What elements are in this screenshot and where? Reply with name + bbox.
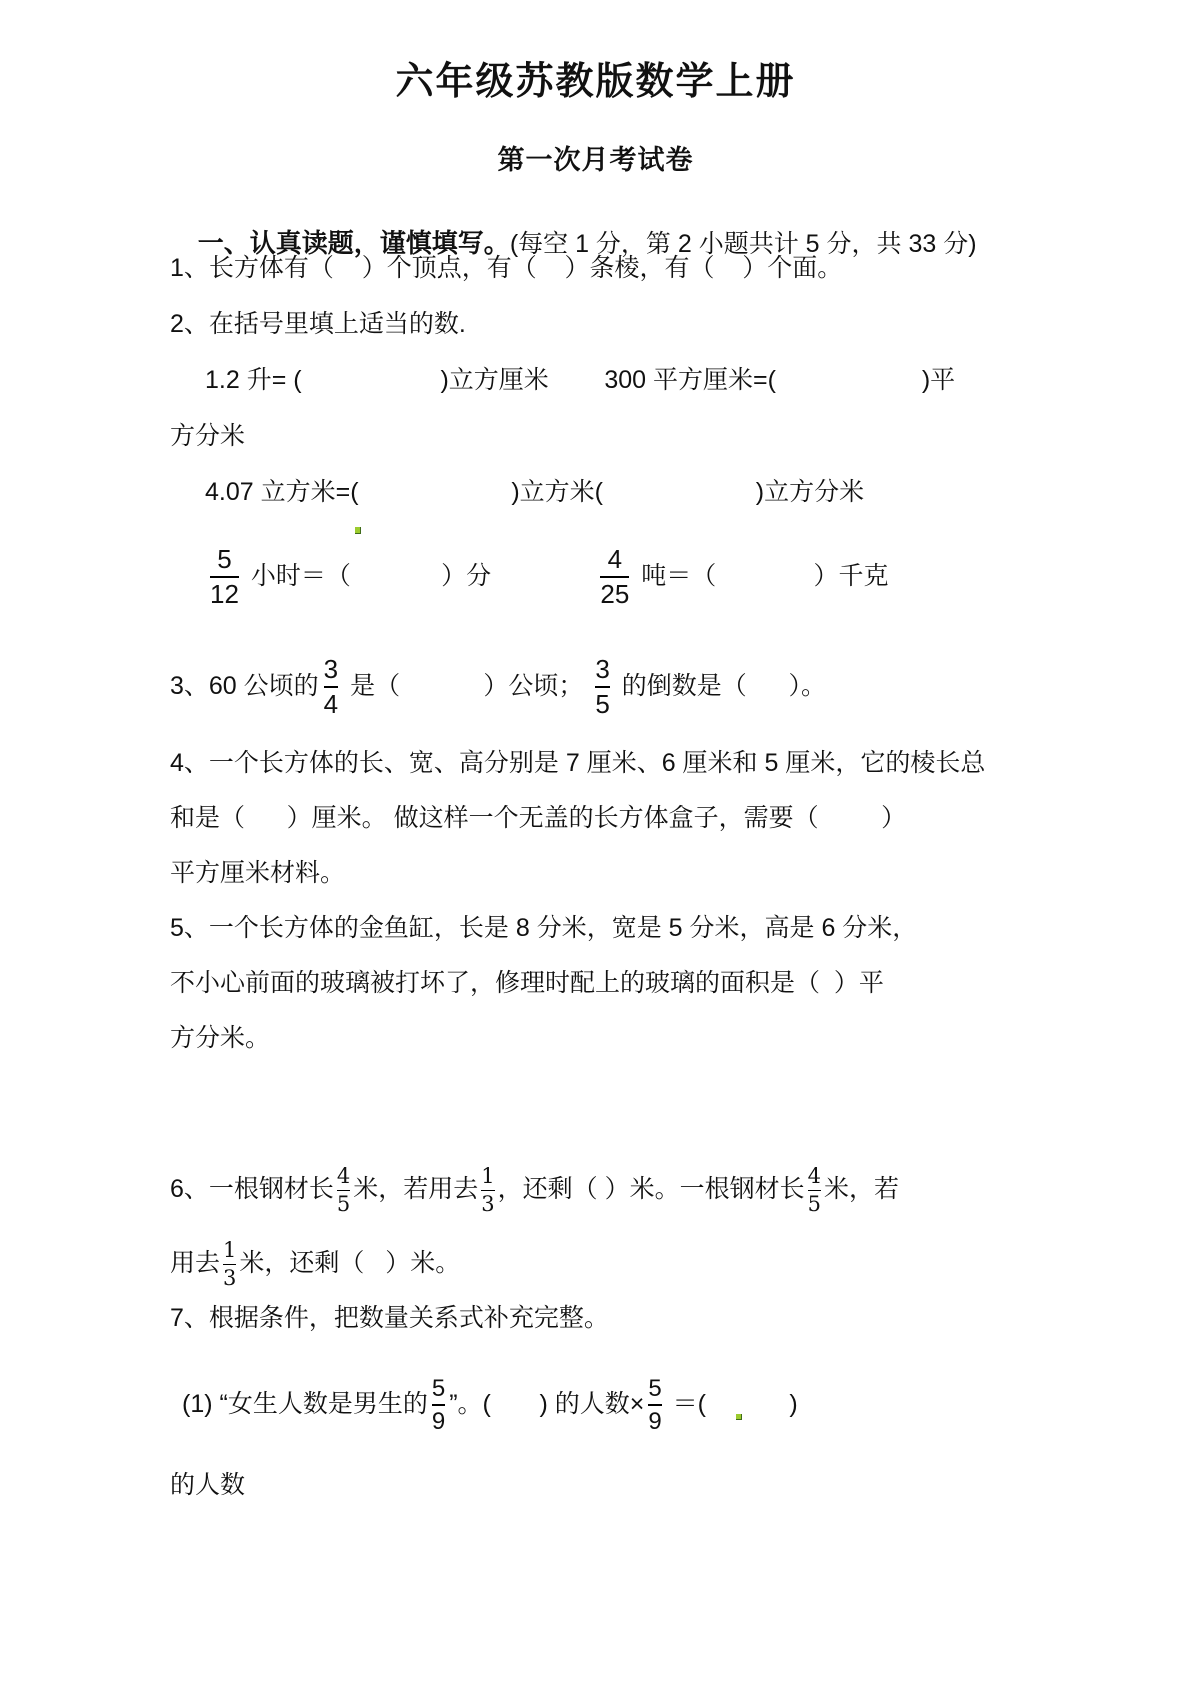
q7-text-2: ”。( ) 的人数× xyxy=(449,1389,644,1420)
fraction-numerator: 4 xyxy=(608,546,622,573)
exam-page: 六年级苏教版数学上册 第一次月考试卷 一、认真读题，谨慎填写。(每空 1 分，第… xyxy=(0,0,1191,1684)
fraction-denominator: 3 xyxy=(223,1267,236,1289)
question-7-part-1: (1) “女生人数是男生的 59 ”。( ) 的人数× 59 ＝( ) xyxy=(182,1360,798,1450)
fraction-bar xyxy=(648,1404,661,1406)
question-7-intro: 7、根据条件，把数量关系式补充完整。 xyxy=(170,1303,609,1334)
question-2-line-3: 4.07 立方米=( )立方米( )立方分米 xyxy=(205,477,864,508)
fraction-numerator: 5 xyxy=(217,546,231,573)
fraction-5-12: 512 xyxy=(210,546,239,609)
fraction-1-3: 13 xyxy=(223,1239,236,1288)
fraction-denominator: 5 xyxy=(595,691,609,718)
fraction-4-5: 45 xyxy=(337,1165,350,1214)
question-5-line-1: 5、一个长方体的金鱼缸，长是 8 分米，宽是 5 分米，高是 6 分米， xyxy=(170,913,917,944)
fraction-numerator: 5 xyxy=(432,1376,445,1401)
fraction-4-25: 425 xyxy=(600,546,629,609)
fraction-denominator: 5 xyxy=(337,1193,350,1215)
q7-text-1: (1) “女生人数是男生的 xyxy=(182,1389,428,1420)
q3-text-mid: 是（ ）公顷； xyxy=(343,671,590,702)
fraction-numerator: 1 xyxy=(223,1239,236,1261)
fraction-numerator: 3 xyxy=(595,656,609,683)
question-2-line-2: 方分米 xyxy=(170,421,245,452)
q6-text-6: 米，还剩（ ）米。 xyxy=(239,1248,460,1279)
fraction-denominator: 9 xyxy=(432,1409,445,1434)
fraction-bar xyxy=(324,686,338,688)
fraction-denominator: 5 xyxy=(808,1193,821,1215)
fraction-denominator: 3 xyxy=(481,1193,494,1215)
question-2-line-1: 1.2 升= ( )立方厘米 300 平方厘米=( )平 xyxy=(205,365,955,396)
fraction-4-5: 45 xyxy=(808,1165,821,1214)
fraction-5-9: 59 xyxy=(432,1376,445,1434)
spellcheck-artifact xyxy=(736,1414,742,1420)
fraction-denominator: 12 xyxy=(210,581,239,608)
fraction-numerator: 4 xyxy=(808,1165,821,1187)
fraction-denominator: 9 xyxy=(648,1409,661,1434)
fraction-3-5: 35 xyxy=(595,656,609,719)
fraction-bar xyxy=(432,1404,445,1406)
fraction-bar xyxy=(600,576,629,578)
q6-text-2: 米，若用去 xyxy=(353,1174,478,1205)
q6-text-5: 用去 xyxy=(170,1248,220,1279)
q6-text-1: 6、一根钢材长 xyxy=(170,1174,334,1205)
page-subtitle: 第一次月考试卷 xyxy=(0,138,1191,177)
question-6-line-1: 6、一根钢材长 45 米，若用去 13 ，还剩（ ）米。一根钢材长 45 米，若 xyxy=(170,1152,899,1228)
fraction-numerator: 3 xyxy=(324,656,338,683)
q7-text-3: ＝( ) xyxy=(666,1389,798,1420)
fraction-5-9: 59 xyxy=(648,1376,661,1434)
question-1: 1、长方体有（ ）个顶点，有（ ）条棱，有（ ）个面。 xyxy=(170,253,842,284)
fraction-bar xyxy=(595,686,609,688)
question-6-line-2: 用去 13 米，还剩（ ）米。 xyxy=(170,1226,460,1302)
q3-text-post: 的倒数是（ ）。 xyxy=(615,671,826,702)
fraction-1-3: 13 xyxy=(481,1165,494,1214)
question-7-tail: 的人数 xyxy=(170,1470,245,1501)
q6-text-4: 米，若 xyxy=(824,1174,899,1205)
fraction-denominator: 25 xyxy=(600,581,629,608)
fraction-bar xyxy=(210,576,239,578)
q2-hours-blank-text: 小时＝（ ）分 xyxy=(244,561,595,592)
page-title: 六年级苏教版数学上册 xyxy=(0,50,1191,105)
fraction-bar xyxy=(337,1190,350,1191)
fraction-bar xyxy=(481,1190,494,1191)
question-3: 3、60 公顷的 34 是（ ）公顷； 35 的倒数是（ ）。 xyxy=(170,643,826,731)
fraction-3-4: 34 xyxy=(324,656,338,719)
question-5-line-3: 方分米。 xyxy=(170,1023,270,1054)
spellcheck-artifact xyxy=(355,527,361,534)
q6-text-3: ，还剩（ ）米。一根钢材长 xyxy=(498,1174,805,1205)
question-4-line-2: 和是（ ）厘米。 做这样一个无盖的长方体盒子，需要（ ） xyxy=(170,803,906,834)
fraction-bar xyxy=(223,1264,236,1265)
question-4-line-1: 4、一个长方体的长、宽、高分别是 7 厘米、6 厘米和 5 厘米，它的棱长总 xyxy=(170,748,985,779)
question-2-line-4: 512 小时＝（ ）分 425 吨＝（ ）千克 xyxy=(205,533,888,621)
q3-text-pre: 3、60 公顷的 xyxy=(170,671,319,702)
fraction-numerator: 4 xyxy=(337,1165,350,1187)
fraction-numerator: 5 xyxy=(648,1376,661,1401)
question-2-intro: 2、在括号里填上适当的数. xyxy=(170,309,466,340)
fraction-bar xyxy=(808,1190,821,1191)
question-4-line-3: 平方厘米材料。 xyxy=(170,858,345,889)
fraction-numerator: 1 xyxy=(481,1165,494,1187)
fraction-denominator: 4 xyxy=(324,691,338,718)
q2-tons-blank-text: 吨＝（ ）千克 xyxy=(634,561,888,592)
question-5-line-2: 不小心前面的玻璃被打坏了，修理时配上的玻璃的面积是（ ）平 xyxy=(170,968,884,999)
